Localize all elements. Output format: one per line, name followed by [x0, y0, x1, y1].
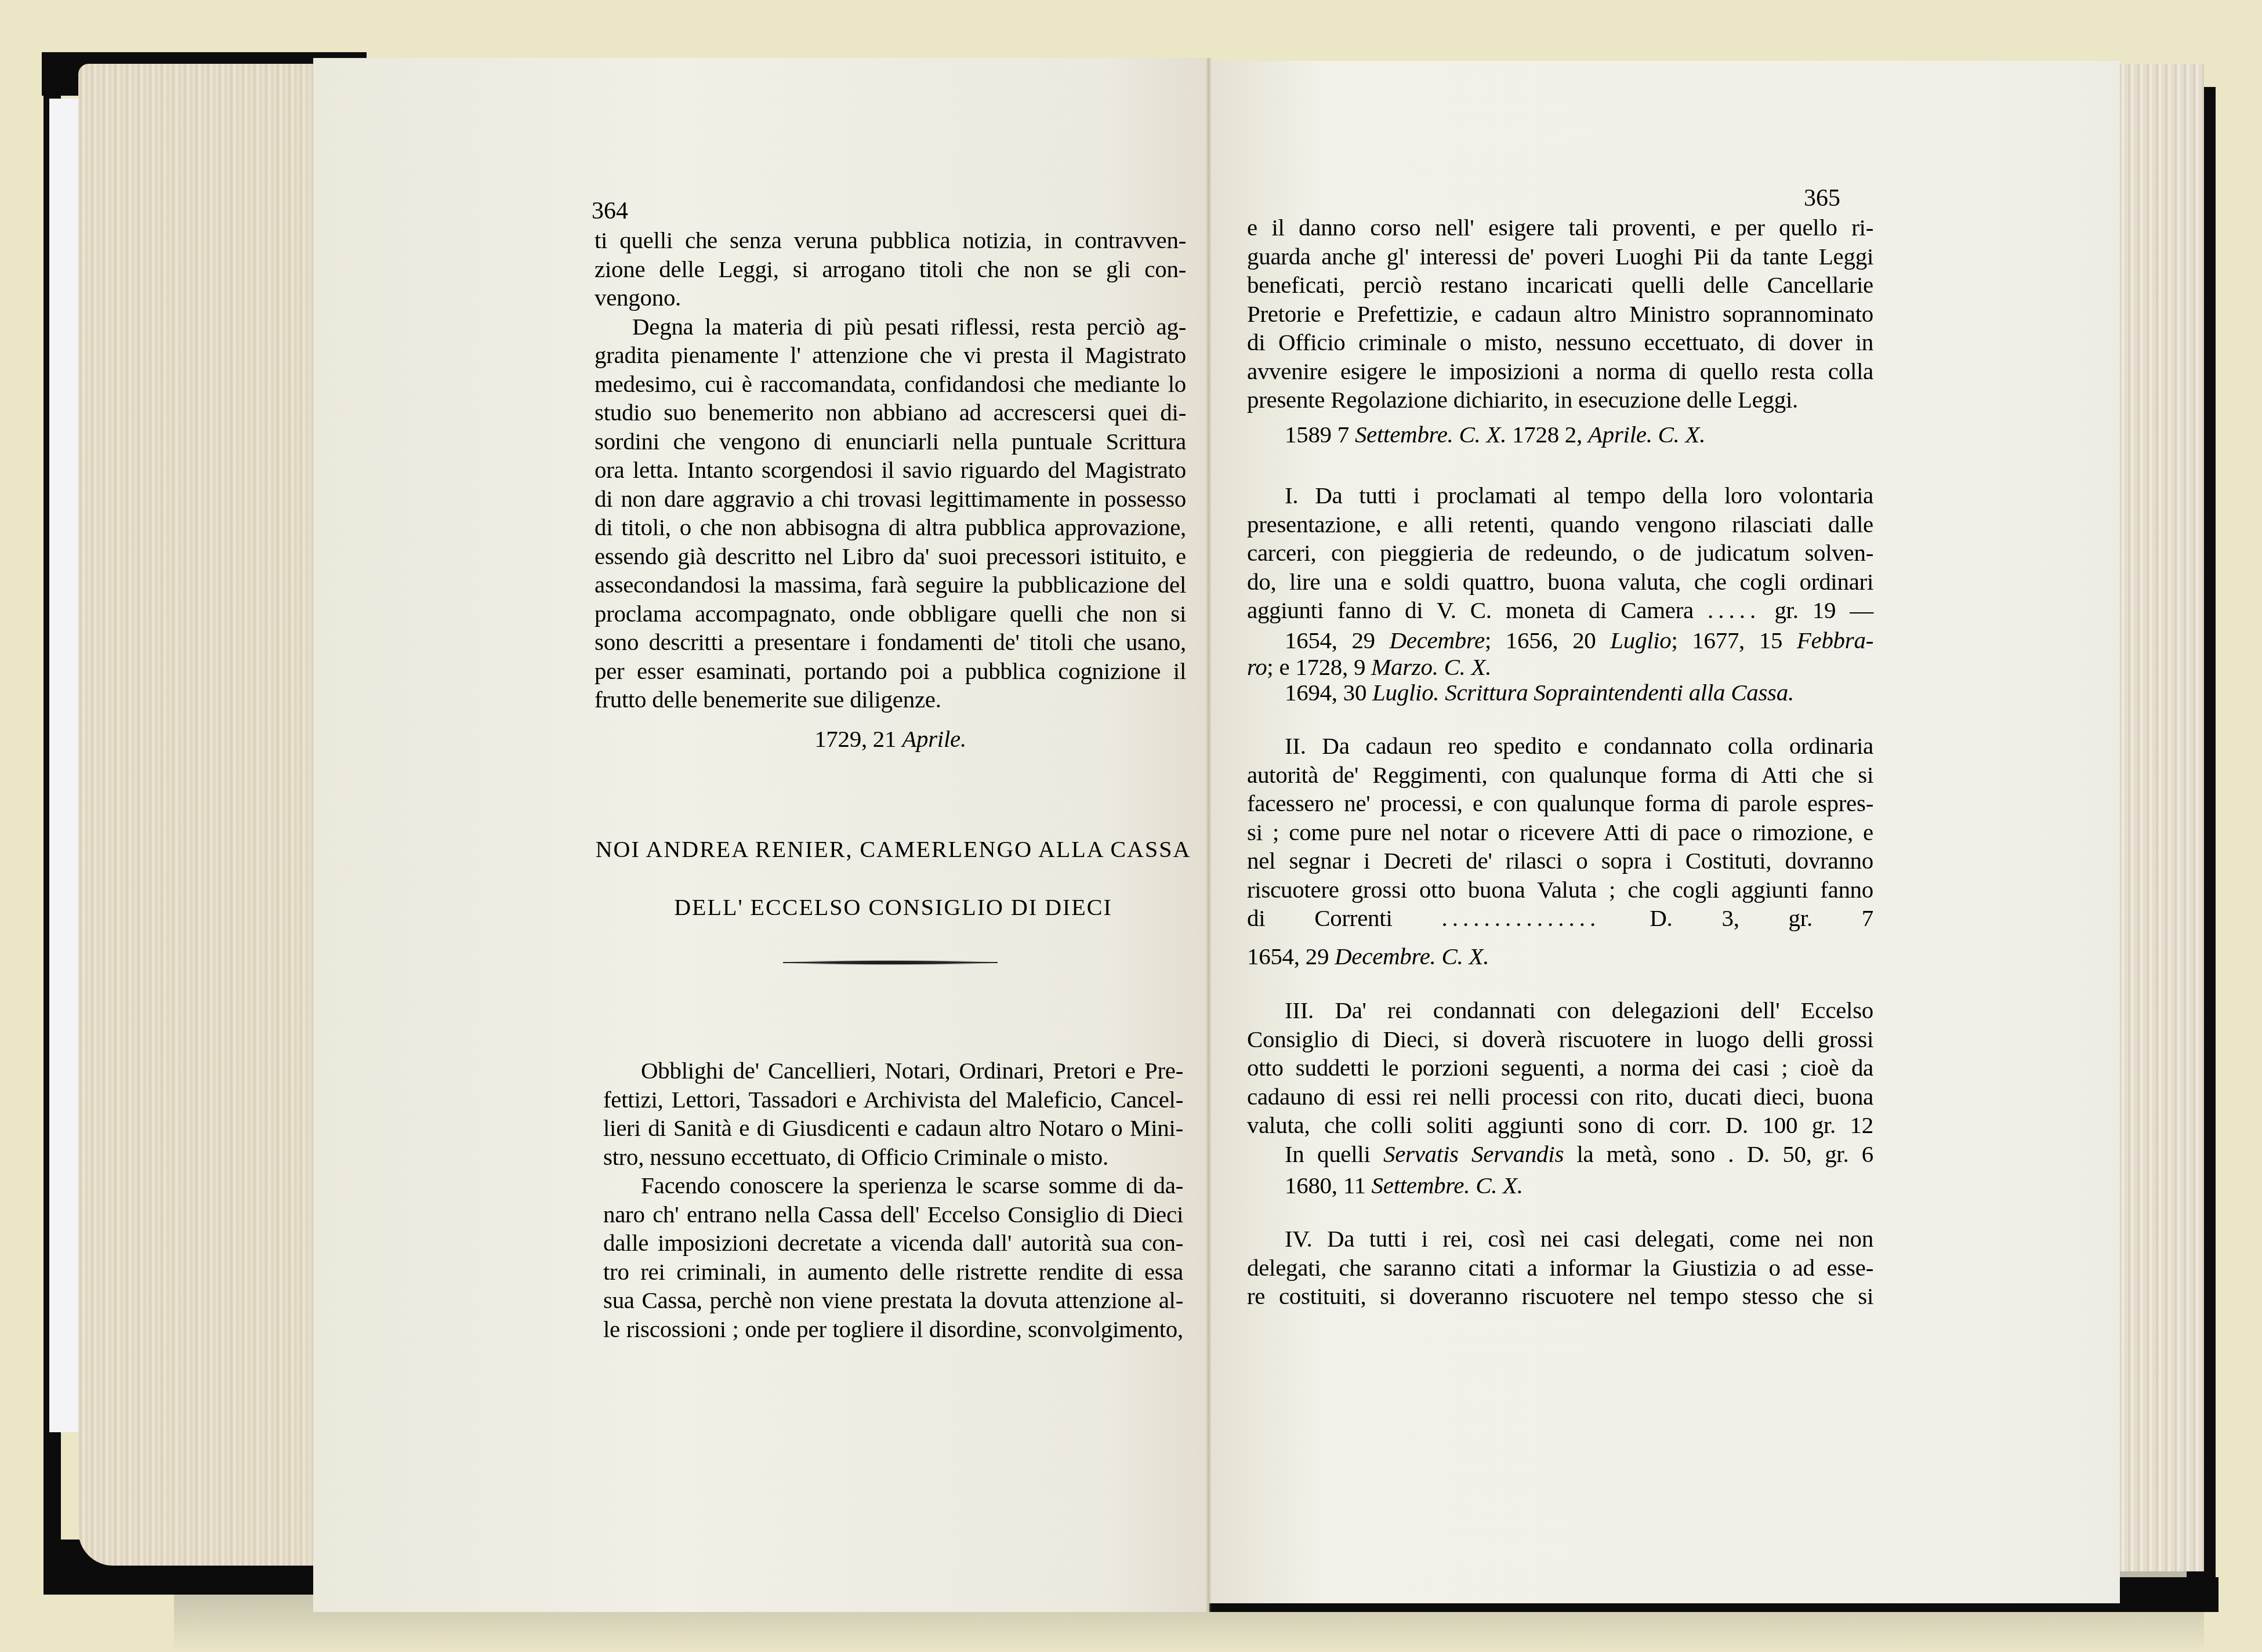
- text-line: naro ch' entrano nella Cassa dell' Eccel…: [603, 1200, 1183, 1229]
- leader-dots: ...............: [1442, 905, 1601, 931]
- text-line: I. Da tutti i proclamati al tempo della …: [1247, 481, 1873, 510]
- text-line: fettizi, Lettori, Tassadori e Archivista…: [603, 1085, 1183, 1114]
- section-IV: IV. Da tutti i rei, così nei casi delega…: [1247, 1225, 1873, 1311]
- reference-2: 1654, 29 Decembre; 1656, 20 Luglio; 1677…: [1247, 626, 1873, 707]
- book-spine-strip: [49, 99, 78, 1432]
- left-page-body: Obblighi de' Cancellieri, Notari, Ordina…: [603, 1056, 1183, 1344]
- ref-text: 1654, 29: [1285, 627, 1389, 653]
- ref-text: 1589 7: [1285, 421, 1355, 448]
- section-III: III. Da' rei condannati con delegazioni …: [1247, 996, 1873, 1168]
- text-line: Obblighi de' Cancellieri, Notari, Ordina…: [603, 1056, 1183, 1085]
- text-line: presentazione, e alli retenti, quando ve…: [1247, 510, 1873, 539]
- text-line: ro; e 1728, 9 Marzo. C. X.: [1247, 655, 1873, 678]
- text-line: autorità de' Reggimenti, con qualunque f…: [1247, 761, 1873, 790]
- left-page-text: ti quelli che senza veruna pubblica noti…: [594, 226, 1186, 714]
- ref-text-italic: Settembre. C. X.: [1372, 1172, 1523, 1199]
- text-line: studio suo benemerito non abbiano ad acc…: [594, 398, 1186, 427]
- amount: D. 3, gr. 7: [1650, 905, 1873, 931]
- text-line: zione delle Leggi, si arrogano titoli ch…: [594, 255, 1186, 284]
- text-line: frutto delle benemerite sue diligenze.: [594, 685, 1186, 714]
- reference-4: 1654, 29 Decembre. C. X.: [1247, 942, 1827, 971]
- text-line: avvenire esigere le imposizioni a norma …: [1247, 357, 1873, 386]
- text-line: cadauno di essi rei nelli processi con r…: [1247, 1083, 1873, 1112]
- text-line: Facendo conoscere la sperienza le scarse…: [603, 1171, 1183, 1200]
- ornamental-rule-line: [783, 962, 998, 963]
- text-line: e il danno corso nell' esigere tali prov…: [1247, 213, 1873, 242]
- text-line: gradita pienamente l' attenzione che vi …: [594, 341, 1186, 370]
- page-number-right: 365: [1804, 184, 1840, 212]
- ref-text-italic: ro: [1247, 653, 1267, 680]
- text-line: ti quelli che senza veruna pubblica noti…: [594, 226, 1186, 255]
- text-line: di Correnti ............... D. 3, gr. 7: [1247, 904, 1873, 933]
- text-line: le riscossioni ; onde per togliere il di…: [603, 1315, 1183, 1344]
- text-line: do, lire una e soldi quattro, buona valu…: [1247, 568, 1873, 597]
- ref-text: 1654, 29: [1247, 943, 1335, 970]
- text-line: per esser esaminati, portando poi a pubb…: [594, 657, 1186, 686]
- text-line: lieri di Sanità e di Giusdicenti e cadau…: [603, 1114, 1183, 1143]
- text-line: IV. Da tutti i rei, così nei casi delega…: [1247, 1225, 1873, 1254]
- ref-text-italic: Marzo. C. X.: [1371, 653, 1491, 680]
- date-heading: 1729, 21 Aprile.: [594, 725, 1186, 754]
- reference-5: 1680, 11 Settembre. C. X.: [1285, 1171, 1865, 1200]
- text-line: vengono.: [594, 284, 1186, 313]
- text-line: Pretorie e Prefettizie, e cadaun altro M…: [1247, 300, 1873, 329]
- text-line: valuta, che colli soliti aggiunti sono d…: [1247, 1111, 1873, 1140]
- right-page-intro: e il danno corso nell' esigere tali prov…: [1247, 213, 1873, 415]
- date-year: 1729,: [814, 725, 867, 752]
- ref-text: 1694, 30: [1285, 679, 1372, 706]
- ref-text: 1728 2,: [1506, 421, 1588, 448]
- text-line: carceri, con pieggieria de redeundo, o d…: [1247, 539, 1873, 568]
- text-line: presente Regolazione dichiarito, in esec…: [1247, 386, 1873, 415]
- text-line: aggiunti fanno di V. C. moneta di Camera…: [1247, 596, 1873, 625]
- text-line: nel segnar i Decreti de' rilasci o sopra…: [1247, 847, 1873, 876]
- text-line: 1694, 30 Luglio. Scrittura Sopraintenden…: [1247, 678, 1873, 707]
- text-line: In quelli Servatis Servandis la metà, so…: [1247, 1140, 1873, 1169]
- text-line: dalle imposizioni decretate a vicenda da…: [603, 1229, 1183, 1258]
- line-text: aggiunti fanno di V. C. moneta di Camera: [1247, 597, 1694, 623]
- text-line: si ; come pure nel notar o ricevere Atti…: [1247, 818, 1873, 847]
- amount: gr. 19 —: [1774, 597, 1873, 623]
- text-line: stro, nessuno eccettuato, di Officio Cri…: [603, 1143, 1183, 1172]
- ref-text-italic: Luglio. Scrittura Sopraintendenti alla C…: [1372, 679, 1794, 706]
- text-line: di Officio criminale o misto, nessuno ec…: [1247, 328, 1873, 357]
- text-line: facessero ne' processi, e con qualunque …: [1247, 789, 1873, 818]
- page-edges-right: [2117, 64, 2204, 1571]
- ref-text: ; 1677, 15: [1672, 627, 1797, 653]
- text-line: guarda anche gl' interessi de' poveri Lu…: [1247, 242, 1873, 271]
- text-line: medesimo, cui è raccomandata, confidando…: [594, 370, 1186, 399]
- text-line: Degna la materia di più pesati riflessi,…: [594, 313, 1186, 342]
- page-number-left: 364: [592, 197, 628, 225]
- date-day: 21: [873, 725, 896, 752]
- line-text: di Correnti: [1247, 905, 1393, 931]
- text-line: otto suddetti le porzioni seguenti, a no…: [1247, 1054, 1873, 1083]
- text-line: tro rei criminali, in aumento delle rist…: [603, 1258, 1183, 1287]
- ref-text: ; 1656, 20: [1485, 627, 1610, 653]
- text-line: 1654, 29 Decembre; 1656, 20 Luglio; 1677…: [1247, 626, 1873, 655]
- text-line: di titoli, o che non abbisogna di altra …: [594, 513, 1186, 542]
- text-line: beneficati, perciò restano incaricati qu…: [1247, 271, 1873, 300]
- text-line: assecondandosi la massima, farà seguire …: [594, 571, 1186, 600]
- title-line-2: DELL' ECCELSO CONSIGLIO DI DIECI: [594, 878, 1192, 936]
- text-line: re costituiti, si doveranno riscuotere n…: [1247, 1282, 1873, 1311]
- text-line: sono descritti a presentare i fondamenti…: [594, 628, 1186, 657]
- ref-text-italic: Febbra-: [1797, 627, 1873, 653]
- book-gutter: [1206, 58, 1211, 1612]
- text-line: proclama accompagnato, onde obbligare qu…: [594, 600, 1186, 629]
- reference-1: 1589 7 Settembre. C. X. 1728 2, Aprile. …: [1285, 420, 1865, 449]
- ref-text: 1680, 11: [1285, 1172, 1372, 1199]
- ref-text-italic: Aprile. C. X.: [1588, 421, 1705, 448]
- line-text-italic: Servatis Servandis: [1383, 1141, 1564, 1167]
- text-line: riscuotere grossi otto buona Valuta ; ch…: [1247, 876, 1873, 905]
- text-line: III. Da' rei condannati con delegazioni …: [1247, 996, 1873, 1025]
- section-II: II. Da cadaun reo spedito e condannato c…: [1247, 732, 1873, 933]
- text-line: ora letta. Intanto scorgendosi il savio …: [594, 456, 1186, 485]
- text-line: essendo già descritto nel Libro da' suoi…: [594, 542, 1186, 571]
- ref-text-italic: Decembre. C. X.: [1335, 943, 1489, 970]
- text-line: II. Da cadaun reo spedito e condannato c…: [1247, 732, 1873, 761]
- text-line: sordini che vengono di enunciarli nella …: [594, 427, 1186, 456]
- decree-title: NOI ANDREA RENIER, CAMERLENGO ALLA CASSA…: [594, 820, 1192, 936]
- line-text: In quelli: [1285, 1141, 1383, 1167]
- section-I: I. Da tutti i proclamati al tempo della …: [1247, 481, 1873, 625]
- ref-text: ; e 1728, 9: [1267, 653, 1371, 680]
- line-text: la metà, sono . D. 50, gr. 6: [1564, 1141, 1873, 1167]
- ref-text-italic: Luglio: [1610, 627, 1671, 653]
- title-line-1: NOI ANDREA RENIER, CAMERLENGO ALLA CASSA: [594, 820, 1192, 878]
- date-month: Aprile.: [902, 725, 966, 752]
- text-line: sua Cassa, perchè non viene prestata la …: [603, 1286, 1183, 1315]
- text-line: di non dare aggravio a chi trovasi legit…: [594, 485, 1186, 514]
- text-line: Consiglio di Dieci, si doverà riscuotere…: [1247, 1025, 1873, 1054]
- ref-text-italic: Settembre. C. X.: [1355, 421, 1506, 448]
- text-line: delegati, che saranno citati a informar …: [1247, 1254, 1873, 1283]
- ref-text-italic: Decembre: [1389, 627, 1485, 653]
- leader-dots: .....: [1708, 597, 1760, 623]
